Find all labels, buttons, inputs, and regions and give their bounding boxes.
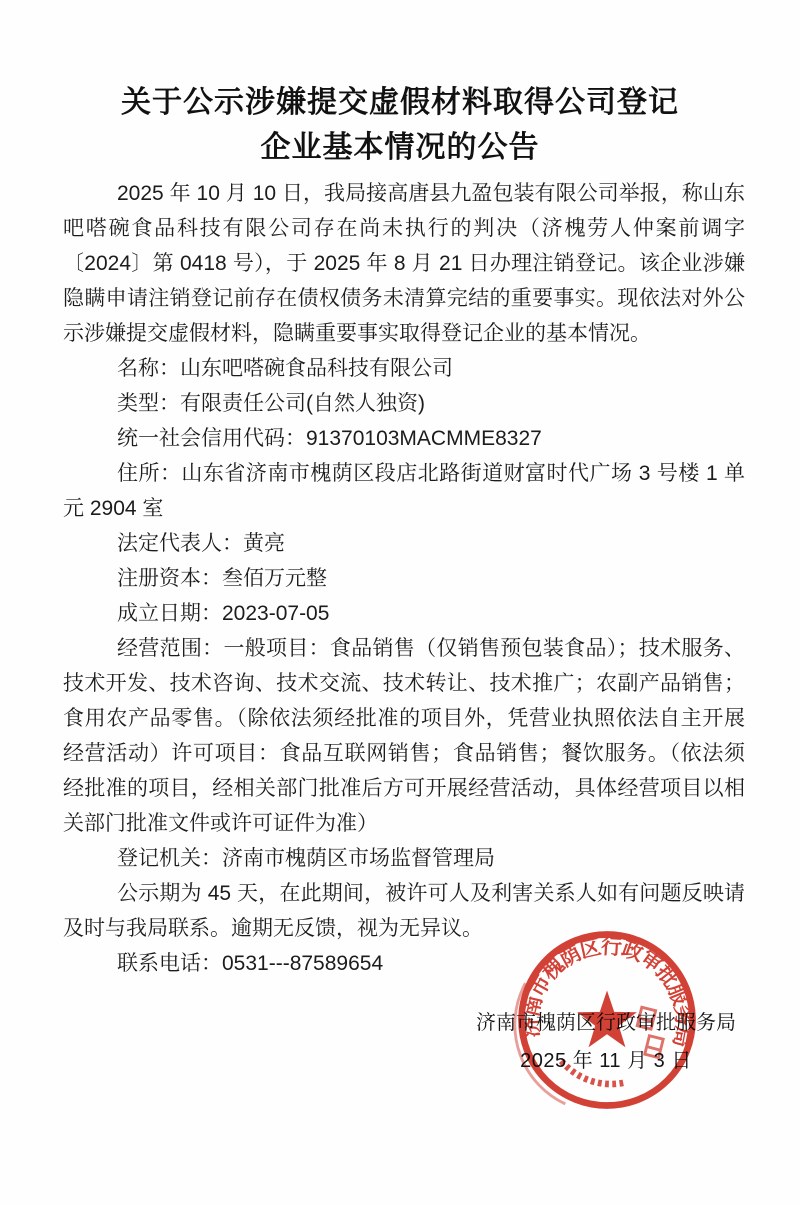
field-company-name: 名称：山东吧嗒碗食品科技有限公司 <box>63 351 745 386</box>
doc-title-line2: 企业基本情况的公告 <box>0 125 800 170</box>
field-address: 住所：山东省济南市槐荫区段店北路街道财富时代广场 3 号楼 1 单元 2904 … <box>63 456 745 526</box>
field-legal-representative: 法定代表人：黄亮 <box>63 526 745 561</box>
paragraph-intro: 2025 年 10 月 10 日，我局接高唐县九盈包装有限公司举报，称山东吧嗒碗… <box>63 176 745 351</box>
document-page: 关于公示涉嫌提交虚假材料取得公司登记 企业基本情况的公告 2025 年 10 月… <box>0 0 800 1205</box>
field-company-type: 类型：有限责任公司(自然人独资) <box>63 386 745 421</box>
field-registered-capital: 注册资本：叁佰万元整 <box>63 561 745 596</box>
doc-title: 关于公示涉嫌提交虚假材料取得公司登记 企业基本情况的公告 <box>0 80 800 170</box>
field-business-scope: 经营范围：一般项目：食品销售（仅销售预包装食品）；技术服务、技术开发、技术咨询、… <box>63 631 745 841</box>
issue-date: 2025 年 11 月 3 日 <box>475 1046 737 1076</box>
signature-block: 济南市槐荫区行政审批服务局 2025 年 11 月 3 日 <box>475 1008 737 1076</box>
field-establish-date: 成立日期：2023-07-05 <box>63 596 745 631</box>
field-contact-phone: 联系电话：0531---87589654 <box>63 946 745 981</box>
issuer-name: 济南市槐荫区行政审批服务局 <box>475 1008 737 1038</box>
field-registration-authority: 登记机关：济南市槐荫区市场监督管理局 <box>63 841 745 876</box>
paragraph-publicity-period: 公示期为 45 天，在此期间，被许可人及利害关系人如有问题反映请及时与我局联系。… <box>63 876 745 946</box>
doc-body: 2025 年 10 月 10 日，我局接高唐县九盈包装有限公司举报，称山东吧嗒碗… <box>63 176 745 981</box>
field-credit-code: 统一社会信用代码：91370103MACMME8327 <box>63 421 745 456</box>
doc-title-line1: 关于公示涉嫌提交虚假材料取得公司登记 <box>0 80 800 125</box>
